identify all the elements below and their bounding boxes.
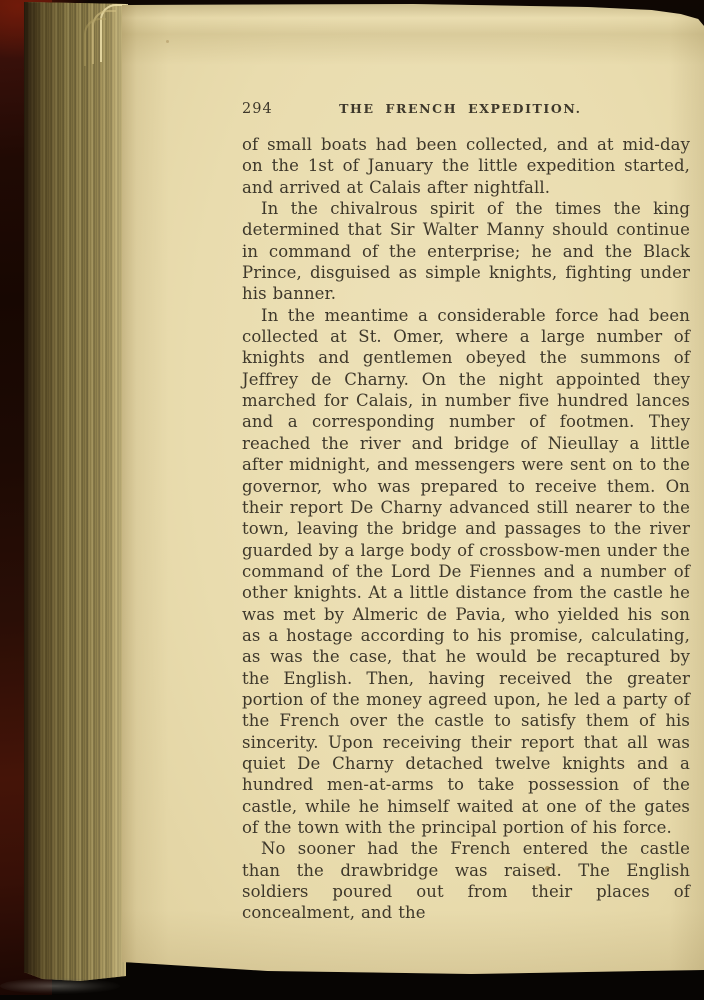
- table-edge-highlight: [0, 978, 120, 994]
- page-edge-stack: [24, 0, 126, 1000]
- paper-speck: [166, 40, 169, 43]
- paragraph: In the chivalrous spirit of the times th…: [242, 198, 690, 305]
- book-photo: 294 THE FRENCH EXPEDITION. of small boat…: [0, 0, 704, 1000]
- book-page: 294 THE FRENCH EXPEDITION. of small boat…: [122, 0, 704, 1000]
- paragraph: In the meantime a considerable force had…: [242, 305, 690, 839]
- page-content: 294 THE FRENCH EXPEDITION. of small boat…: [242, 101, 690, 924]
- paper-speck: [545, 866, 550, 871]
- text-block: of small boats had been collected, and a…: [242, 134, 690, 924]
- paragraph: No sooner had the French entered the cas…: [242, 838, 690, 923]
- page-corner-curl: [84, 18, 106, 66]
- page-number: 294: [242, 101, 273, 117]
- running-title: THE FRENCH EXPEDITION.: [339, 101, 581, 116]
- paragraph: of small boats had been collected, and a…: [242, 134, 690, 198]
- page-header: 294 THE FRENCH EXPEDITION.: [242, 101, 690, 117]
